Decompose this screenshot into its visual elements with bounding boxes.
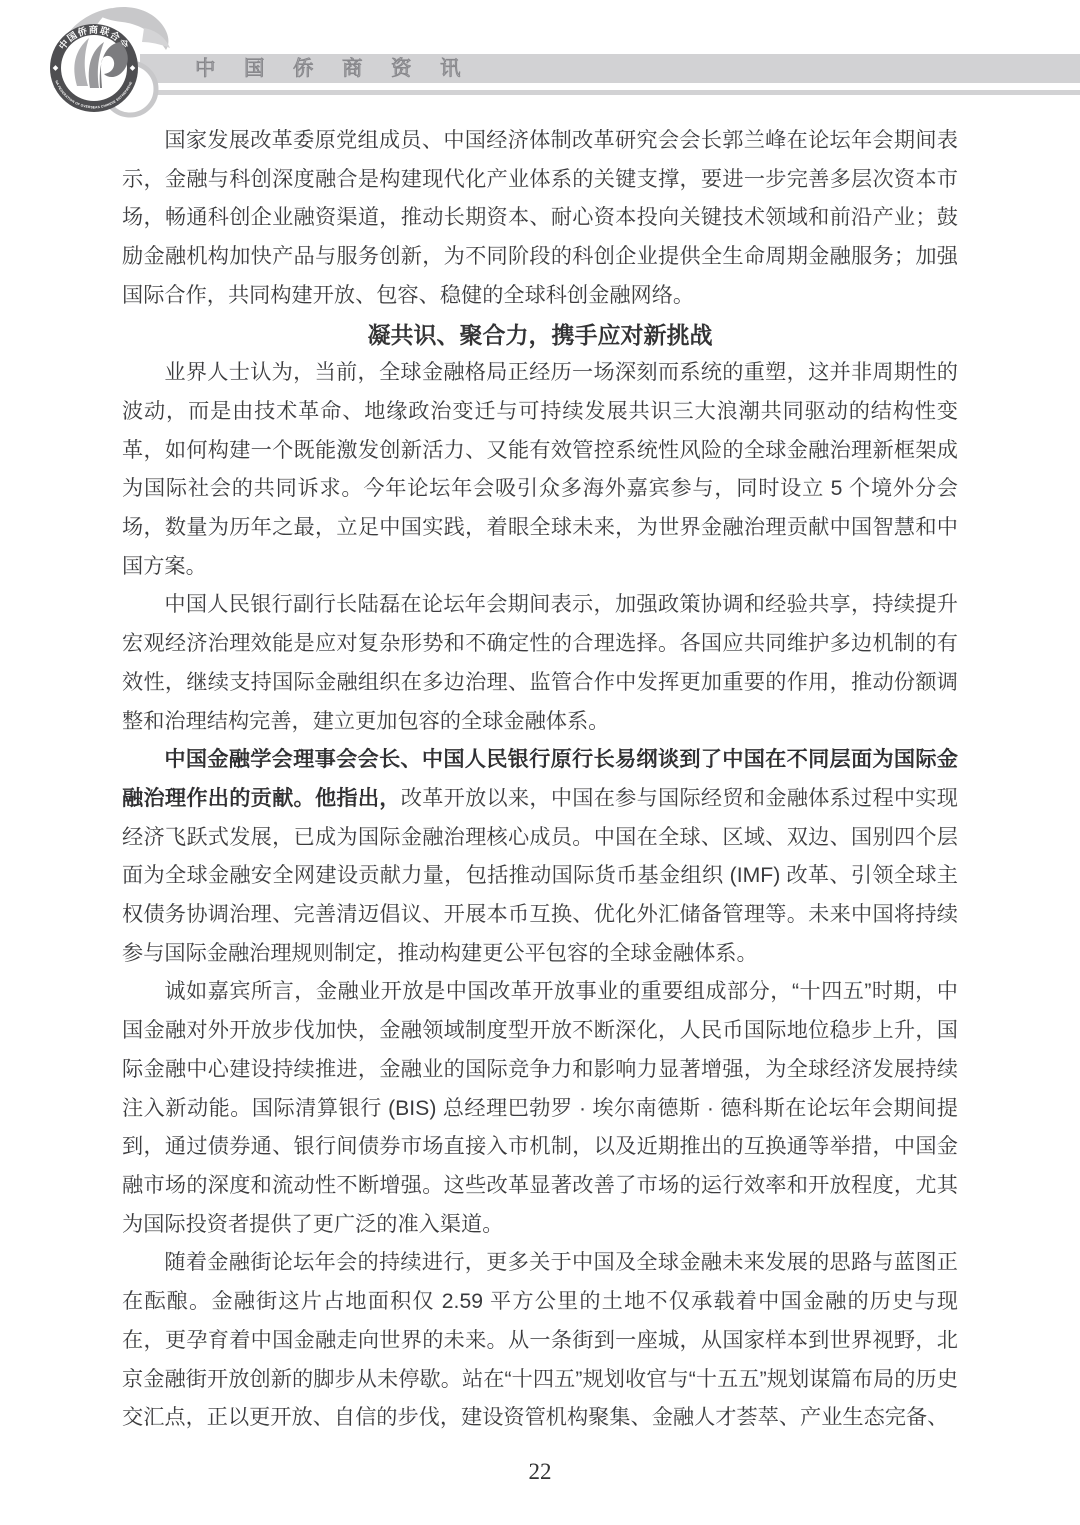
paragraph-2: 业界人士认为，当前，全球金融格局正经历一场深刻而系统的重塑，这并非周期性的波动，… — [122, 354, 958, 586]
section-heading: 凝共识、聚合力，携手应对新挑战 — [122, 316, 958, 355]
paragraph-3-text: 中国人民银行副行长陆磊在论坛年会期间表示，加强政策协调和经验共享，持续提升宏观经… — [122, 593, 958, 732]
paragraph-4-text: 改革开放以来，中国在参与国际经贸和金融体系过程中实现经济飞跃式发展，已成为国际金… — [122, 787, 958, 965]
paragraph-2-text: 业界人士认为，当前，全球金融格局正经历一场深刻而系统的重塑，这并非周期性的波动，… — [122, 361, 958, 578]
banner-title: 中国侨商资讯 — [195, 54, 489, 83]
paragraph-1: 国家发展改革委原党组成员、中国经济体制改革研究会会长郭兰峰在论坛年会期间表示，金… — [122, 122, 958, 316]
document-page: 中国侨商资讯 中国侨商联合会 CHINA FEDERATION OF OVERS… — [0, 0, 1080, 1525]
header-banner-underline — [140, 90, 1080, 95]
page-number: 22 — [0, 1459, 1080, 1485]
paragraph-1-text: 国家发展改革委原党组成员、中国经济体制改革研究会会长郭兰峰在论坛年会期间表示，金… — [122, 129, 958, 307]
paragraph-5: 诚如嘉宾所言，金融业开放是中国改革开放事业的重要组成部分，“十四五”时期，中国金… — [122, 973, 958, 1244]
paragraph-4: 中国金融学会理事会会长、中国人民银行原行长易纲谈到了中国在不同层面为国际金融治理… — [122, 741, 958, 973]
paragraph-5-text: 诚如嘉宾所言，金融业开放是中国改革开放事业的重要组成部分，“十四五”时期，中国金… — [122, 980, 958, 1235]
cfoce-seal-logo: 中国侨商联合会 CHINA FEDERATION OF OVERSEAS CHI… — [44, 4, 188, 128]
article-body: 国家发展改革委原党组成员、中国经济体制改革研究会会长郭兰峰在论坛年会期间表示，金… — [122, 122, 958, 1438]
paragraph-6: 随着金融街论坛年会的持续进行，更多关于中国及全球金融未来发展的思路与蓝图正在酝酿… — [122, 1244, 958, 1438]
paragraph-3: 中国人民银行副行长陆磊在论坛年会期间表示，加强政策协调和经验共享，持续提升宏观经… — [122, 586, 958, 741]
paragraph-6-text: 随着金融街论坛年会的持续进行，更多关于中国及全球金融未来发展的思路与蓝图正在酝酿… — [122, 1251, 958, 1429]
